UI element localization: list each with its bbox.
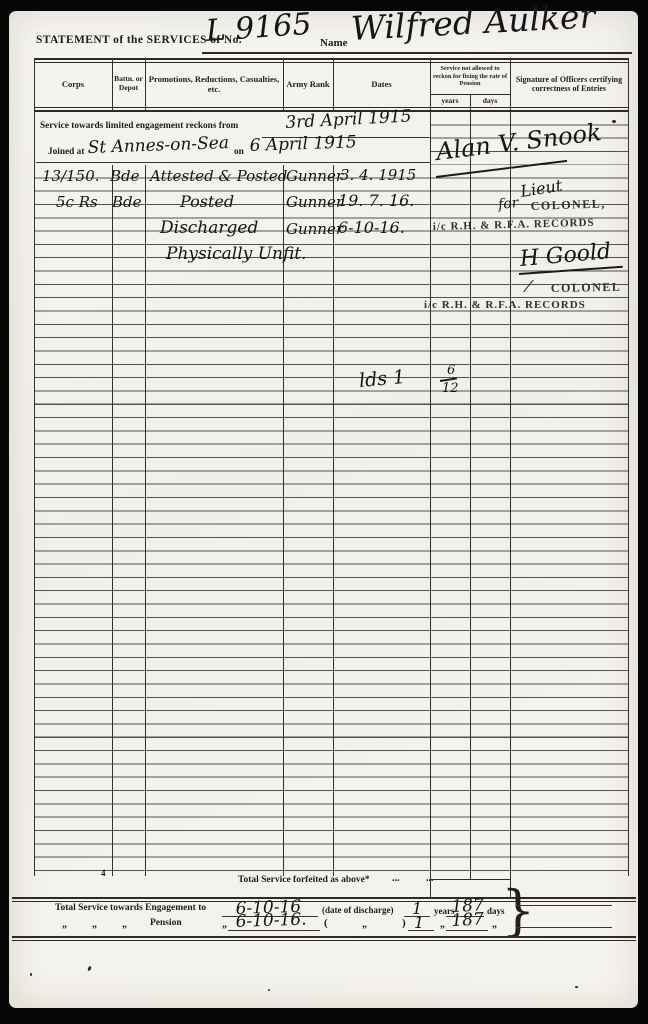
bottom-border xyxy=(12,936,636,938)
entry-date: 3. 4. 1915 xyxy=(340,166,416,184)
header-years: years xyxy=(431,95,469,108)
entry-rank: Gunner xyxy=(286,220,343,238)
totals-brace: } xyxy=(501,879,535,942)
title-underline xyxy=(202,52,632,54)
bottom-border-inner xyxy=(12,940,636,941)
totals-pension-label: Pension xyxy=(150,918,182,928)
entry-rank: Gunner xyxy=(286,167,343,185)
ditto-mark: „ xyxy=(222,919,227,930)
col-line-dates-header xyxy=(333,58,334,111)
colonel-stamp-1: COLONEL, xyxy=(530,196,605,214)
header-days: days xyxy=(471,95,509,108)
totals-line-2c xyxy=(446,930,488,931)
totals-engagement-label: Total Service towards Engagement to xyxy=(55,903,206,913)
ditto-mark: „ xyxy=(440,919,445,930)
totals-line-2a xyxy=(228,930,320,931)
entry-promotion: Attested & Posted xyxy=(150,167,287,185)
colonel-stamp-2: COLONEL xyxy=(551,280,622,296)
ditto-mark: „ xyxy=(492,919,497,930)
for-note-handwritten: for xyxy=(497,195,519,213)
col-line-rank-header xyxy=(283,58,284,111)
forfeited-box-line xyxy=(430,879,510,880)
engagement-joined-date: 6 April 1915 xyxy=(249,132,357,156)
entry-battn: Bde xyxy=(112,193,142,211)
col-line-promotions-header xyxy=(145,58,146,111)
totals-top-border-inner xyxy=(12,901,636,902)
entry-corps: 13/150. xyxy=(42,167,100,185)
ditto-mark: „ xyxy=(122,919,127,930)
totals-right-line-2 xyxy=(516,927,612,928)
entry-promotion: Discharged xyxy=(160,218,258,238)
table-right-border xyxy=(628,58,629,876)
scan-speck xyxy=(612,120,616,123)
entry-promotion: Physically Unfit. xyxy=(166,244,307,264)
entry-battn: Bde xyxy=(110,167,140,185)
scan-speck xyxy=(30,973,32,976)
dates-note-handwritten: lds 1 xyxy=(358,366,406,392)
signature-2-mark: ⁄ xyxy=(527,277,530,296)
ditto-mark: „ xyxy=(92,919,97,930)
totals-pension-days: 187 xyxy=(451,909,484,931)
engagement-joined-label: Joined at xyxy=(48,147,84,157)
name-label: Name xyxy=(320,37,348,49)
header-pension-note: Service not allowed to reckon for fixing… xyxy=(431,60,509,93)
paren-close: ) xyxy=(402,917,406,929)
ditto-mark: „ xyxy=(362,919,367,930)
engagement-writing-line-2 xyxy=(36,162,430,163)
totals-discharge-parenthetical: (date of discharge) xyxy=(322,905,394,915)
totals-right-line-1 xyxy=(516,905,612,906)
forfeited-label: Total Service forfeited as above* xyxy=(238,875,370,885)
footnote-mark: 4 xyxy=(101,868,106,878)
scan-speck xyxy=(268,989,270,991)
scan-speck xyxy=(575,986,578,988)
entry-date: 6-10-16. xyxy=(338,218,405,237)
scanned-service-record: { "document": { "title": "STATEMENT of t… xyxy=(0,0,648,1024)
header-promotions: Promotions, Reductions, Casualties, etc. xyxy=(147,62,281,106)
entry-corps: 5c Rs xyxy=(56,193,98,211)
pension-years-denominator: 12 xyxy=(442,381,459,396)
table-top-border xyxy=(34,58,628,60)
totals-top-border xyxy=(12,897,636,899)
engagement-reckons-label: Service towards limited engagement recko… xyxy=(40,121,238,131)
header-signature: Signature of Officers certifying correct… xyxy=(512,62,626,106)
paren-open: ( xyxy=(324,917,328,929)
header-corps: Corps xyxy=(36,62,110,106)
header-battn: Battn. or Depot xyxy=(113,62,144,106)
entry-date: 19. 7. 16. xyxy=(338,191,414,210)
forfeited-dots-a: ... xyxy=(392,873,400,884)
entry-rank: Gunner xyxy=(286,193,343,211)
header-army-rank: Army Rank xyxy=(285,62,331,106)
totals-line-2b xyxy=(408,930,434,931)
pension-years-numerator: 6 xyxy=(447,363,455,378)
records-stamp-2: i/c R.H. & R.F.A. RECORDS xyxy=(424,299,586,311)
entry-promotion: Posted xyxy=(180,192,234,211)
service-number-handwritten: L 9165 xyxy=(205,7,313,49)
header-bottom-inner xyxy=(34,107,628,108)
header-dates: Dates xyxy=(335,62,428,106)
ditto-mark: „ xyxy=(62,919,67,930)
engagement-on-label: on xyxy=(234,147,244,157)
